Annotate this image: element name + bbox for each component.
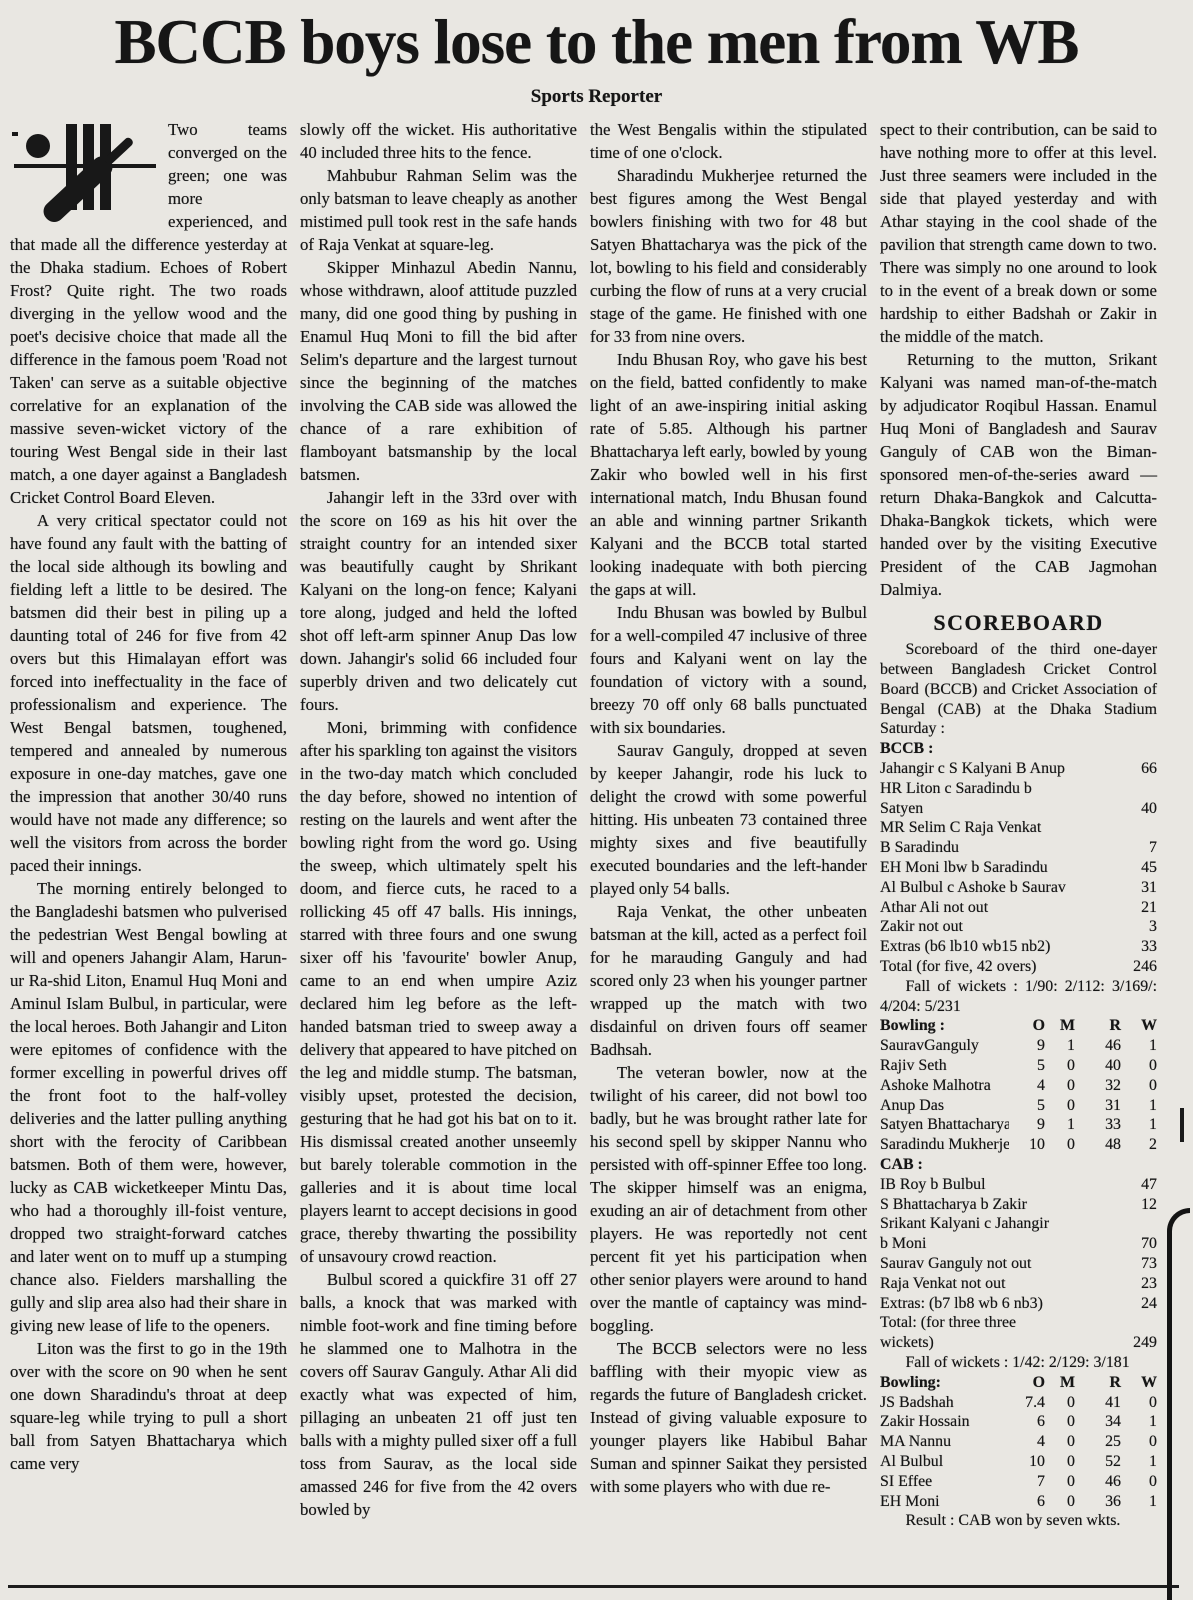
- bowler-name: Zakir Hossain: [880, 1412, 1009, 1432]
- runs: 66: [1141, 759, 1157, 779]
- maidens: 1: [1045, 1115, 1075, 1135]
- bowler-name: JS Badshah: [880, 1393, 1009, 1413]
- wickets: 1: [1121, 1412, 1157, 1432]
- total-line: Total: (for three three: [880, 1313, 1157, 1333]
- runs: 23: [1141, 1274, 1157, 1294]
- total: wickets): [880, 1333, 934, 1353]
- runs: 45: [1141, 858, 1157, 878]
- maidens: 0: [1045, 1096, 1075, 1116]
- paragraph: Skipper Minhazul Abedin Nannu, whose wit…: [300, 256, 577, 486]
- article-column-4: spect to their contribution, can be said…: [880, 118, 1157, 1531]
- bowling-row: SauravGanguly91461: [880, 1036, 1157, 1056]
- runs: 3: [1149, 917, 1157, 937]
- extras: Extras (b6 lb10 wb15 nb2): [880, 937, 1050, 957]
- maidens: 0: [1045, 1393, 1075, 1413]
- paragraph: The morning entirely belonged to the Ban…: [10, 877, 287, 1337]
- runs: 40: [1075, 1056, 1121, 1076]
- article-byline: Sports Reporter: [0, 86, 1193, 108]
- batting-line: Satyen40: [880, 799, 1157, 819]
- batting-line: Jahangir c S Kalyani B Anup66: [880, 759, 1157, 779]
- wickets: 0: [1121, 1076, 1157, 1096]
- batting-line: S Bhattacharya b Zakir12: [880, 1195, 1157, 1215]
- bowling-row: MA Nannu40250: [880, 1432, 1157, 1452]
- maidens: 0: [1045, 1492, 1075, 1512]
- runs: 33: [1075, 1115, 1121, 1135]
- batsman-dismissal: HR Liton c Saradindu b: [880, 779, 1032, 799]
- overs: 4: [1009, 1076, 1045, 1096]
- maidens: 0: [1045, 1472, 1075, 1492]
- overs: 10: [1009, 1452, 1045, 1472]
- maidens: 0: [1045, 1076, 1075, 1096]
- runs: 47: [1141, 1175, 1157, 1195]
- bowler-name: Rajiv Seth: [880, 1056, 1009, 1076]
- batsman-dismissal: IB Roy b Bulbul: [880, 1175, 986, 1195]
- bowling-header: Bowling: O M R W: [880, 1373, 1157, 1393]
- batsman-dismissal: Athar Ali not out: [880, 898, 988, 918]
- article-column-2: slowly off the wicket. His authoritative…: [300, 118, 577, 1521]
- batting-line: Saurav Ganguly not out73: [880, 1254, 1157, 1274]
- runs: 73: [1141, 1254, 1157, 1274]
- bowler-name: Ashoke Malhotra: [880, 1076, 1009, 1096]
- bowling-row: Satyen Bhattacharya91331: [880, 1115, 1157, 1135]
- wickets: 1: [1121, 1036, 1157, 1056]
- batsman-dismissal: Raja Venkat not out: [880, 1274, 1006, 1294]
- maidens: 1: [1045, 1036, 1075, 1056]
- total: Total: (for three three: [880, 1313, 1016, 1333]
- paragraph: Moni, brimming with confidence after his…: [300, 716, 577, 1268]
- maidens: 0: [1045, 1135, 1075, 1155]
- paragraph: The BCCB selectors were no less baffling…: [590, 1337, 867, 1498]
- total: Total (for five, 42 overs): [880, 957, 1036, 977]
- page-edge-line: [1167, 1208, 1190, 1600]
- wickets: 1: [1121, 1492, 1157, 1512]
- runs: 33: [1141, 937, 1157, 957]
- batsman-dismissal: b Moni: [880, 1234, 926, 1254]
- batsman-dismissal: B Saradindu: [880, 838, 959, 858]
- runs: 249: [1133, 1333, 1157, 1353]
- overs: 10: [1009, 1135, 1045, 1155]
- extras: Extras: (b7 lb8 wb 6 nb3): [880, 1294, 1043, 1314]
- batting-line: b Moni70: [880, 1234, 1157, 1254]
- total-line: Total (for five, 42 overs)246: [880, 957, 1157, 977]
- paragraph: Bulbul scored a quickfire 31 off 27 ball…: [300, 1268, 577, 1521]
- bowler-name: SI Effee: [880, 1472, 1009, 1492]
- batsman-dismissal: Srikant Kalyani c Jahangir: [880, 1214, 1049, 1234]
- match-result: Result : CAB won by seven wkts.: [880, 1511, 1157, 1531]
- maidens: 0: [1045, 1412, 1075, 1432]
- overs: 5: [1009, 1096, 1045, 1116]
- maidens: 0: [1045, 1452, 1075, 1472]
- overs: 7.4: [1009, 1393, 1045, 1413]
- bowler-name: Saradindu Mukherjee: [880, 1135, 1009, 1155]
- cricket-stumps-bat-ball-icon: [10, 122, 162, 226]
- runs: 12: [1141, 1195, 1157, 1215]
- batsman-dismissal: Al Bulbul c Ashoke b Saurav: [880, 878, 1066, 898]
- wickets: 1: [1121, 1115, 1157, 1135]
- paragraph: slowly off the wicket. His authoritative…: [300, 118, 577, 164]
- batsman-dismissal: Satyen: [880, 799, 923, 819]
- batsman-dismissal: MR Selim C Raja Venkat: [880, 818, 1041, 838]
- page-edge-tick: [1180, 1108, 1184, 1142]
- runs: 52: [1075, 1452, 1121, 1472]
- runs: 41: [1075, 1393, 1121, 1413]
- bottom-rule: [8, 1585, 1179, 1588]
- article-column-3: the West Bengalis within the stipulated …: [590, 118, 867, 1498]
- extras-line: Extras: (b7 lb8 wb 6 nb3)24: [880, 1294, 1157, 1314]
- paragraph: Liton was the first to go in the 19th ov…: [10, 1337, 287, 1475]
- wickets: 1: [1121, 1452, 1157, 1472]
- wickets: 0: [1121, 1432, 1157, 1452]
- runs: 31: [1141, 878, 1157, 898]
- batsman-dismissal: S Bhattacharya b Zakir: [880, 1195, 1027, 1215]
- paragraph: Sharadindu Mukherjee returned the best f…: [590, 164, 867, 348]
- fall-of-wickets: Fall of wickets : 1/90: 2/112: 3/169/: 4…: [880, 977, 1157, 1017]
- batting-line: Zakir not out3: [880, 917, 1157, 937]
- batsman-dismissal: Jahangir c S Kalyani B Anup: [880, 759, 1065, 779]
- fall-of-wickets: Fall of wickets : 1/42: 2/129: 3/181: [880, 1353, 1157, 1373]
- runs: 36: [1075, 1492, 1121, 1512]
- batting-line: MR Selim C Raja Venkat: [880, 818, 1157, 838]
- paragraph: Indu Bhusan Roy, who gave his best on th…: [590, 348, 867, 601]
- runs: 25: [1075, 1432, 1121, 1452]
- runs: 31: [1075, 1096, 1121, 1116]
- wickets: 0: [1121, 1393, 1157, 1413]
- batting-line: Athar Ali not out21: [880, 898, 1157, 918]
- overs: 9: [1009, 1115, 1045, 1135]
- bowler-name: Anup Das: [880, 1096, 1009, 1116]
- maidens: 0: [1045, 1056, 1075, 1076]
- scoreboard-title: SCOREBOARD: [880, 611, 1157, 634]
- overs: 5: [1009, 1056, 1045, 1076]
- paragraph: Indu Bhusan was bowled by Bulbul for a w…: [590, 601, 867, 739]
- article-headline: BCCB boys lose to the men from WB: [30, 10, 1163, 74]
- runs: 24: [1141, 1294, 1157, 1314]
- bowling-row: SI Effee70460: [880, 1472, 1157, 1492]
- extras-line: Extras (b6 lb10 wb15 nb2)33: [880, 937, 1157, 957]
- bowler-name: Al Bulbul: [880, 1452, 1009, 1472]
- paragraph: the West Bengalis within the stipulated …: [590, 118, 867, 164]
- overs: 7: [1009, 1472, 1045, 1492]
- col-overs: O: [1009, 1016, 1045, 1036]
- bowling-row: Rajiv Seth50400: [880, 1056, 1157, 1076]
- bowling-row: JS Badshah7.40410: [880, 1393, 1157, 1413]
- batsman-dismissal: Saurav Ganguly not out: [880, 1254, 1031, 1274]
- bowler-name: MA Nannu: [880, 1432, 1009, 1452]
- wickets: 0: [1121, 1472, 1157, 1492]
- scoreboard: Scoreboard of the third one-dayer betwee…: [880, 640, 1157, 1531]
- maidens: 0: [1045, 1432, 1075, 1452]
- col-wickets: W: [1121, 1373, 1157, 1393]
- batsman-dismissal: Zakir not out: [880, 917, 963, 937]
- col-runs: R: [1075, 1016, 1121, 1036]
- bowling-label: Bowling :: [880, 1016, 1009, 1036]
- scoreboard-intro: Scoreboard of the third one-dayer betwee…: [880, 640, 1157, 739]
- runs: 46: [1075, 1036, 1121, 1056]
- paragraph: Two teams converged on the green; one wa…: [10, 118, 287, 509]
- batting-line: Raja Venkat not out23: [880, 1274, 1157, 1294]
- wickets: 1: [1121, 1096, 1157, 1116]
- paragraph: Mahbubur Rahman Selim was the only batsm…: [300, 164, 577, 256]
- bowling-row: EH Moni60361: [880, 1492, 1157, 1512]
- col-maidens: M: [1045, 1373, 1075, 1393]
- col-runs: R: [1075, 1373, 1121, 1393]
- bowling-row: Ashoke Malhotra40320: [880, 1076, 1157, 1096]
- wickets: 2: [1121, 1135, 1157, 1155]
- bowling-row: Zakir Hossain60341: [880, 1412, 1157, 1432]
- bowling-header: Bowling : O M R W: [880, 1016, 1157, 1036]
- bowler-name: Satyen Bhattacharya: [880, 1115, 1009, 1135]
- bowler-name: SauravGanguly: [880, 1036, 1009, 1056]
- runs: 246: [1133, 957, 1157, 977]
- paragraph: Jahangir left in the 33rd over with the …: [300, 486, 577, 716]
- paragraph: Returning to the mutton, Srikant Kalyani…: [880, 348, 1157, 601]
- overs: 6: [1009, 1492, 1045, 1512]
- runs: 34: [1075, 1412, 1121, 1432]
- batting-line: Al Bulbul c Ashoke b Saurav31: [880, 878, 1157, 898]
- bowling-row: Anup Das50311: [880, 1096, 1157, 1116]
- paragraph: The veteran bowler, now at the twilight …: [590, 1061, 867, 1337]
- runs: 21: [1141, 898, 1157, 918]
- bowling-row: Al Bulbul100521: [880, 1452, 1157, 1472]
- overs: 6: [1009, 1412, 1045, 1432]
- bowling-label: Bowling:: [880, 1373, 1009, 1393]
- col-wickets: W: [1121, 1016, 1157, 1036]
- runs: 32: [1075, 1076, 1121, 1096]
- batting-line: Srikant Kalyani c Jahangir: [880, 1214, 1157, 1234]
- runs: 70: [1141, 1234, 1157, 1254]
- wickets: 0: [1121, 1056, 1157, 1076]
- article-body: Two teams converged on the green; one wa…: [0, 108, 1193, 1531]
- overs: 9: [1009, 1036, 1045, 1056]
- runs: 7: [1149, 838, 1157, 858]
- bowler-name: EH Moni: [880, 1492, 1009, 1512]
- paragraph: Saurav Ganguly, dropped at seven by keep…: [590, 739, 867, 900]
- runs: 40: [1141, 799, 1157, 819]
- batting-line: B Saradindu7: [880, 838, 1157, 858]
- batting-line: EH Moni lbw b Saradindu45: [880, 858, 1157, 878]
- runs: 46: [1075, 1472, 1121, 1492]
- overs: 4: [1009, 1432, 1045, 1452]
- total-line: wickets)249: [880, 1333, 1157, 1353]
- col-overs: O: [1009, 1373, 1045, 1393]
- article-masthead: BCCB boys lose to the men from WB Sports…: [0, 0, 1193, 108]
- article-column-1: Two teams converged on the green; one wa…: [10, 118, 287, 1475]
- team-label-cab: CAB :: [880, 1155, 1157, 1175]
- batsman-dismissal: EH Moni lbw b Saradindu: [880, 858, 1048, 878]
- bowling-row: Saradindu Mukherjee100482: [880, 1135, 1157, 1155]
- paragraph: Raja Venkat, the other unbeaten batsman …: [590, 900, 867, 1061]
- paragraph: A very critical spectator could not have…: [10, 509, 287, 877]
- col-maidens: M: [1045, 1016, 1075, 1036]
- team-label-bccb: BCCB :: [880, 739, 1157, 759]
- batting-line: IB Roy b Bulbul47: [880, 1175, 1157, 1195]
- batting-line: HR Liton c Saradindu b: [880, 779, 1157, 799]
- runs: 48: [1075, 1135, 1121, 1155]
- paragraph: spect to their contribution, can be said…: [880, 118, 1157, 348]
